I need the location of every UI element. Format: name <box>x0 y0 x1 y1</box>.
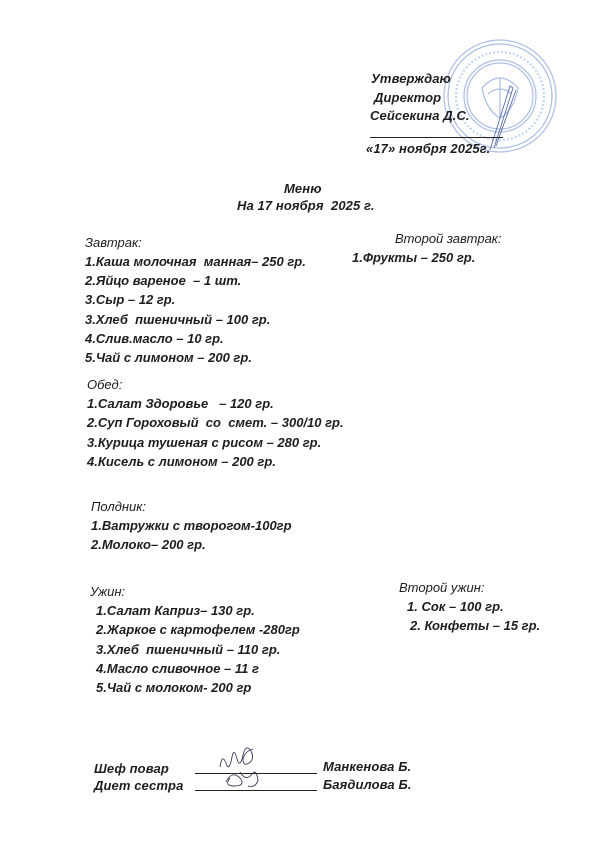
menu-item: 5.Чай с молоком- 200 гр <box>90 678 300 697</box>
snack-title: Полдник: <box>91 497 292 516</box>
menu-item: 3.Хлеб пшеничный – 110 гр. <box>90 640 300 659</box>
menu-item: 1.Салат Каприз– 130 гр. <box>90 601 300 620</box>
breakfast-items: 1.Каша молочная манная– 250 гр. 2.Яйцо в… <box>85 252 306 367</box>
approval-position: Директор <box>374 88 441 107</box>
menu-item: 3.Хлеб пшеничный – 100 гр. <box>85 310 306 329</box>
menu-item: 5.Чай с лимоном – 200 гр. <box>85 348 306 367</box>
menu-item: 2.Молоко– 200 гр. <box>91 535 292 554</box>
menu-item: 1. Сок – 100 гр. <box>399 597 540 616</box>
menu-item: 2.Жаркое с картофелем -280гр <box>90 620 300 639</box>
menu-item: 1.Фрукты – 250 гр. <box>352 248 502 267</box>
menu-date: На 17 ноября 2025 г. <box>237 196 375 215</box>
second-dinner-title: Второй ужин: <box>399 578 540 597</box>
menu-item: 2.Суп Гороховый со смет. – 300/10 гр. <box>87 413 344 432</box>
menu-item: 1.Салат Здоровье – 120 гр. <box>87 394 344 413</box>
menu-item: 2.Яйцо вареное – 1 шт. <box>85 271 306 290</box>
dinner-title: Ужин: <box>90 582 300 601</box>
breakfast-title: Завтрак: <box>85 233 142 252</box>
signature-name-chef: Манкенова Б. <box>323 757 411 776</box>
diet-nurse-signature <box>222 768 262 792</box>
menu-item: 4.Масло сливочное – 11 г <box>90 659 300 678</box>
approval-signature-line <box>370 137 503 138</box>
approval-approve: Утверждаю <box>371 69 451 88</box>
breakfast-section: Завтрак: <box>85 233 142 252</box>
lunch-section: Обед: 1.Салат Здоровье – 120 гр. 2.Суп Г… <box>87 375 344 471</box>
second-breakfast-title: Второй завтрак: <box>352 229 502 248</box>
signature-name-diet-nurse: Баядилова Б. <box>323 775 411 794</box>
menu-item: 1.Каша молочная манная– 250 гр. <box>85 252 306 271</box>
menu-item: 4.Слив.масло – 10 гр. <box>85 329 306 348</box>
approval-name: Сейсекина Д.С. <box>370 106 470 125</box>
menu-item: 3.Курица тушеная с рисом – 280 гр. <box>87 433 344 452</box>
menu-item: 4.Кисель с лимоном – 200 гр. <box>87 452 344 471</box>
lunch-title: Обед: <box>87 375 344 394</box>
signature-role-diet-nurse: Диет сестра <box>94 776 183 795</box>
dinner-section: Ужин: 1.Салат Каприз– 130 гр. 2.Жаркое с… <box>90 582 300 697</box>
approval-date: «17» ноября 2025г. <box>366 139 490 158</box>
menu-item: 3.Сыр – 12 гр. <box>85 290 306 309</box>
snack-section: Полдник: 1.Ватружки с творогом-100гр 2.М… <box>91 497 292 555</box>
second-dinner-section: Второй ужин: 1. Сок – 100 гр. 2. Конфеты… <box>399 578 540 636</box>
menu-item: 2. Конфеты – 15 гр. <box>399 616 540 635</box>
second-breakfast-section: Второй завтрак: 1.Фрукты – 250 гр. <box>352 229 502 267</box>
menu-item: 1.Ватружки с творогом-100гр <box>91 516 292 535</box>
